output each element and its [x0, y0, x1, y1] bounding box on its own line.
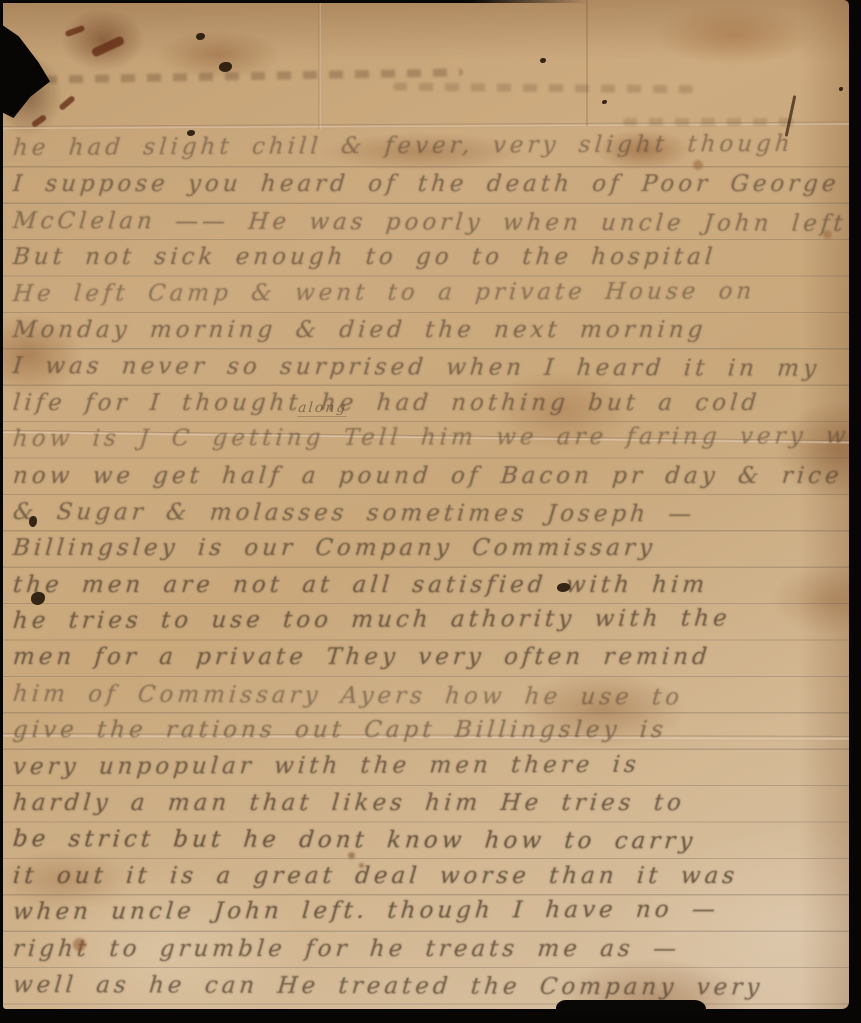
- letter-page: he had slight chill & fever, very slight…: [3, 0, 849, 1009]
- handwriting-line: how is J C getting Tell him we are farin…: [11, 418, 846, 457]
- handwriting-line: Billingsley is our Company Commissary: [11, 530, 846, 566]
- ink-streak: [91, 35, 126, 58]
- bleedthrough-smudge: [623, 118, 803, 126]
- scan-edge-top: [0, 0, 588, 3]
- ink-blot: [196, 33, 205, 40]
- letter-scan: he had slight chill & fever, very slight…: [0, 0, 861, 1023]
- handwriting-line: give the rations out Capt Billingsley is: [11, 712, 846, 748]
- handwriting-line: he tries to use too much athority with t…: [11, 600, 846, 639]
- bleedthrough-smudge: [43, 68, 463, 83]
- vertical-crease-left: [318, 0, 321, 130]
- handwriting-line: life for I thought he had nothing but a …: [11, 385, 846, 421]
- handwriting-line: I suppose you heard of the death of Poor…: [11, 166, 846, 202]
- handwriting-line: him of Commissary Ayers how he use to: [11, 676, 846, 717]
- ink-blot: [602, 100, 607, 104]
- handwriting-line: & Sugar & molasses sometimes Joseph —: [11, 494, 846, 533]
- handwriting-line: men for a private They very often remind: [11, 639, 846, 675]
- inserted-word: along: [297, 400, 348, 417]
- handwriting-line: it out it is a great deal worse than it …: [11, 858, 846, 894]
- handwritten-text: he had slight chill & fever, very slight…: [13, 130, 845, 1003]
- vertical-crease-right: [586, 0, 588, 126]
- bottom-edge-notch: [556, 1000, 706, 1012]
- ink-blot: [219, 62, 232, 72]
- handwriting-line: He left Camp & went to a private House o…: [11, 273, 846, 312]
- stain-spot: [73, 938, 86, 951]
- stain-spot: [348, 852, 355, 859]
- handwriting-line: now we get half a pound of Bacon pr day …: [11, 458, 846, 494]
- handwriting-line: the men are not at all satisfied with hi…: [11, 567, 846, 603]
- stain-spot: [359, 863, 364, 868]
- handwriting-line: I was never so surprised when I heard it…: [11, 348, 846, 387]
- handwriting-line: he had slight chill & fever, very slight…: [12, 126, 847, 167]
- handwriting-line: well as he can He treated the Company ve…: [11, 967, 846, 1006]
- stain-spot: [823, 230, 832, 239]
- ink-blot: [540, 58, 546, 63]
- ink-streak: [58, 95, 76, 111]
- ink-streak: [65, 25, 86, 37]
- ink-blot: [839, 87, 843, 91]
- handwriting-line: But not sick enough to go to the hospita…: [11, 239, 846, 275]
- bleedthrough-smudge: [393, 83, 693, 94]
- handwriting-line: Monday morning & died the next morning: [11, 312, 846, 348]
- handwriting-line: McClelan —— He was poorly when uncle Joh…: [11, 203, 846, 242]
- handwriting-line: be strict but he dont know how to carry: [11, 821, 846, 860]
- handwriting-line: very unpopular with the men there is: [11, 746, 846, 785]
- handwriting-line: right to grumble for he treats me as —: [11, 931, 846, 967]
- handwriting-line: when uncle John left. though I have no —: [11, 891, 846, 930]
- stain-spot: [693, 160, 703, 170]
- handwriting-line: hardly a man that likes him He tries to: [11, 785, 846, 821]
